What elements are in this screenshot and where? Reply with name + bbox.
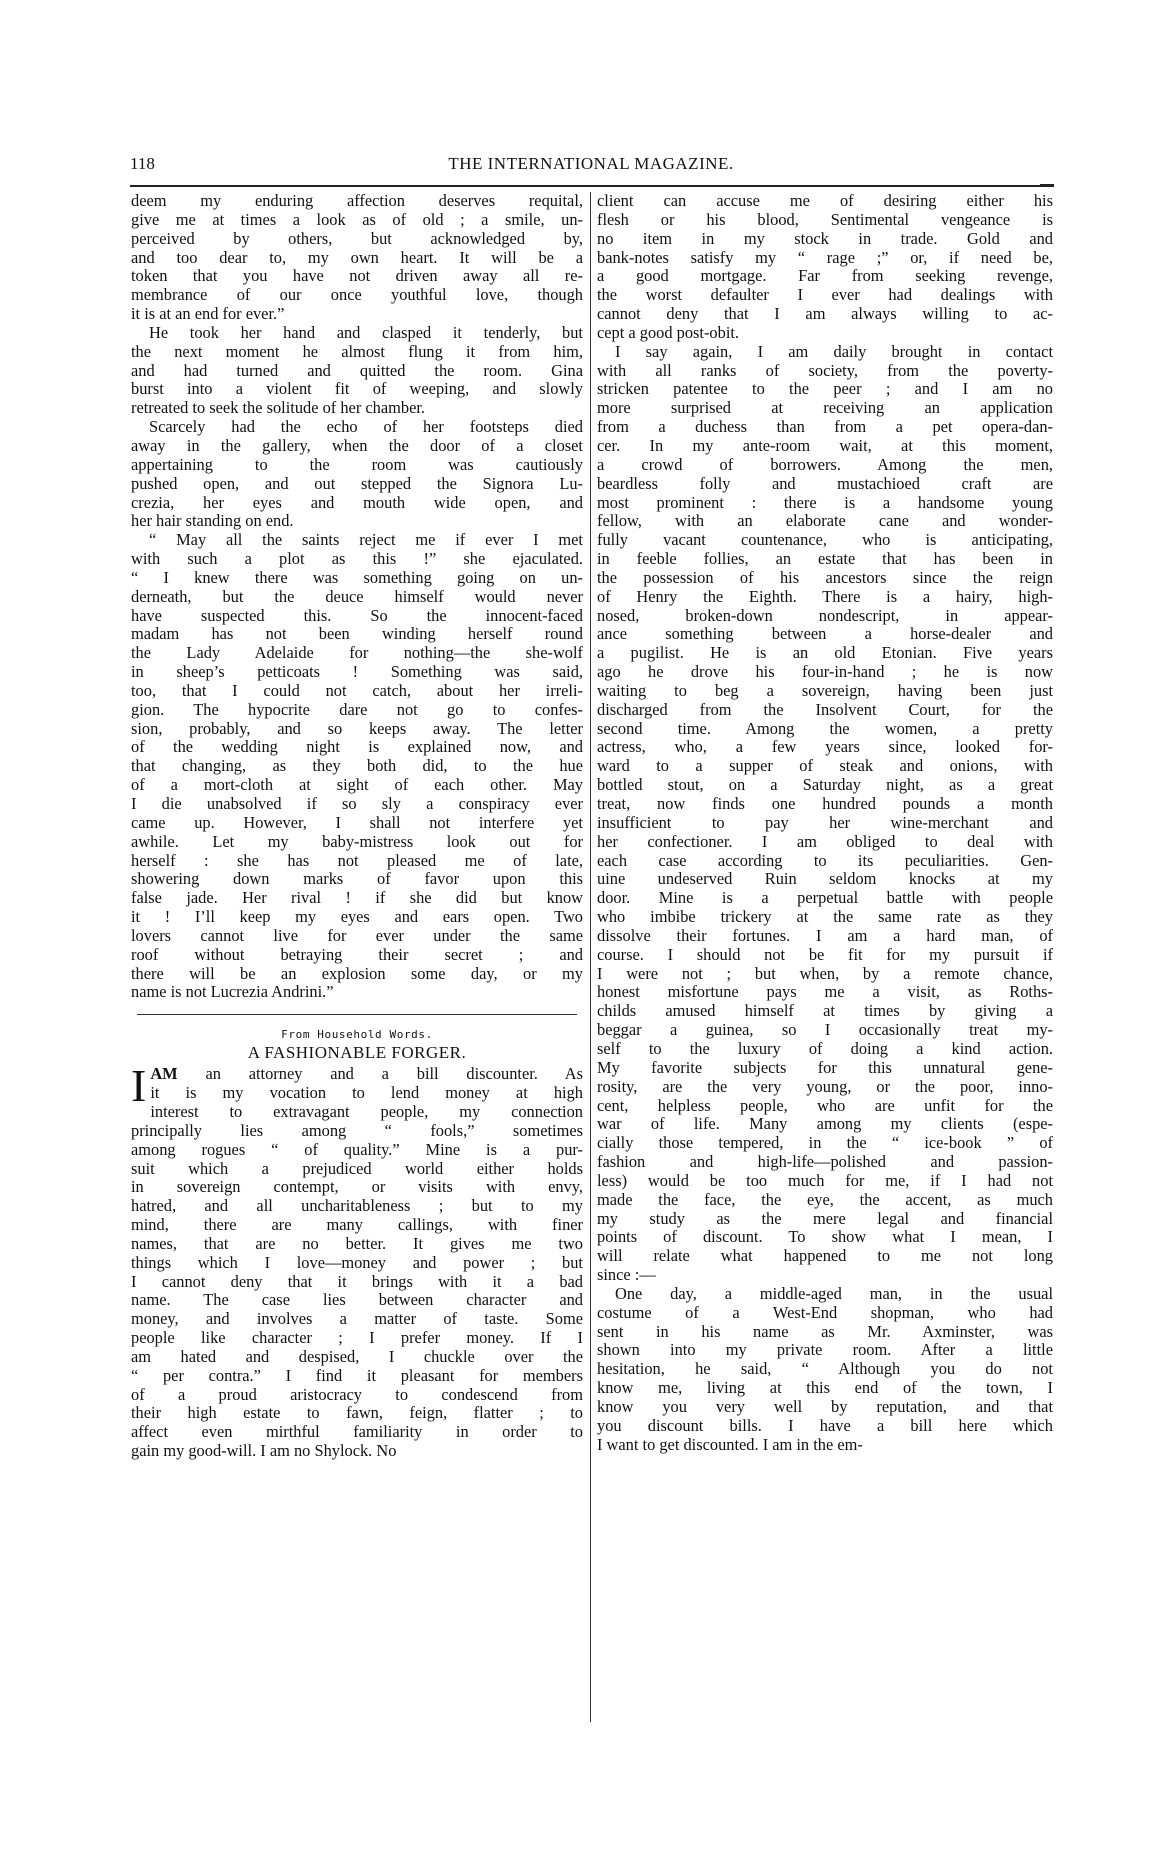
- text-line: derneath, but the deuce himself would ne…: [131, 588, 583, 607]
- text-line: war of life. Many among my clients (espe…: [597, 1115, 1053, 1134]
- text-line: mind, there are many callings, with fine…: [131, 1216, 583, 1235]
- text-line: beardless folly and mustachioed craft ar…: [597, 475, 1053, 494]
- text-line: stricken patentee to the peer ; and I am…: [597, 380, 1053, 399]
- text-line: I die unabsolved if so sly a conspiracy …: [131, 795, 583, 814]
- text-line: know me, living at this end of the town,…: [597, 1379, 1053, 1398]
- text-line: I say again, I am daily brought in conta…: [597, 343, 1053, 362]
- text-line: My favorite subjects for this unnatural …: [597, 1059, 1053, 1078]
- text-line: away in the gallery, when the door of a …: [131, 437, 583, 456]
- text-line: that changing, as they both did, to the …: [131, 757, 583, 776]
- header-rule-end: [1040, 184, 1054, 187]
- text-line: cept a good post-obit.: [597, 324, 1053, 343]
- text-line: the possession of his ancestors since th…: [597, 569, 1053, 588]
- text-line: their high estate to fawn, feign, flatte…: [131, 1404, 583, 1423]
- paragraph: One day, a middle-aged man, in the usual…: [597, 1285, 1053, 1455]
- text-line: you discount bills. I have a bill here w…: [597, 1417, 1053, 1436]
- text-line: points of discount. To show what I mean,…: [597, 1228, 1053, 1247]
- text-line: in sheep’s petticoats ! Something was sa…: [131, 663, 583, 682]
- text-line: affect even mirthful familiarity in orde…: [131, 1423, 583, 1442]
- text-line: gion. The hypocrite dare not go to confe…: [131, 701, 583, 720]
- text-line: waiting to beg a sovereign, having been …: [597, 682, 1053, 701]
- text-line: ward to a supper of steak and onions, wi…: [597, 757, 1053, 776]
- continued-story: deem my enduring affection deserves requ…: [131, 192, 583, 1002]
- text-line: nosed, broken-down nondescript, in appea…: [597, 607, 1053, 626]
- text-line: rosity, are the very young, or the poor,…: [597, 1078, 1053, 1097]
- text-line: with such a plot as this !” she ejaculat…: [131, 550, 583, 569]
- text-line: less) would be too much for me, if I had…: [597, 1172, 1053, 1191]
- text-line: burst into a violent fit of weeping, and…: [131, 380, 583, 399]
- text-line: insufficient to pay her wine-merchant an…: [597, 814, 1053, 833]
- text-line: my study as the mere legal and financial: [597, 1210, 1053, 1229]
- text-line: lovers cannot live for ever under the sa…: [131, 927, 583, 946]
- text-line: have suspected this. So the innocent-fac…: [131, 607, 583, 626]
- text-line: “ May all the saints reject me if ever I…: [131, 531, 583, 550]
- page-header: 118 THE INTERNATIONAL MAGAZINE.: [130, 154, 1052, 178]
- text-line: cer. In my ante-room wait, at this momen…: [597, 437, 1053, 456]
- text-line: shown into my private room. After a litt…: [597, 1341, 1053, 1360]
- text-line: One day, a middle-aged man, in the usual: [597, 1285, 1053, 1304]
- paragraph: client can accuse me of desiring either …: [597, 192, 1053, 343]
- text-line: deem my enduring affection deserves requ…: [131, 192, 583, 211]
- text-line: hatred, and all uncharitableness ; but t…: [131, 1197, 583, 1216]
- text-line: of Henry the Eighth. There is a hairy, h…: [597, 588, 1053, 607]
- text-line: roof without betraying their secret ; an…: [131, 946, 583, 965]
- text-line: madam has not been winding herself round: [131, 625, 583, 644]
- text-line: actress, who, a few years since, looked …: [597, 738, 1053, 757]
- text-line: treat, now finds one hundred pounds a mo…: [597, 795, 1053, 814]
- text-line: will relate what happened to me not long: [597, 1247, 1053, 1266]
- text-line: name is not Lucrezia Andrini.”: [131, 983, 583, 1002]
- text-line: it is at an end for ever.”: [131, 305, 583, 324]
- drop-cap: I: [131, 1067, 146, 1105]
- text-line: ago he drove his four-in-hand ; he is no…: [597, 663, 1053, 682]
- text-line: AM an attorney and a bill discounter. As: [131, 1065, 583, 1084]
- header-rule: [130, 185, 1054, 187]
- text-line: false jade. Her rival ! if she did but k…: [131, 889, 583, 908]
- text-line: there will be an explosion some day, or …: [131, 965, 583, 984]
- text-line: childs amused himself at times by giving…: [597, 1002, 1053, 1021]
- text-line: it ! I’ll keep my eyes and ears open. Tw…: [131, 908, 583, 927]
- text-line: I were not ; but when, by a remote chanc…: [597, 965, 1053, 984]
- right-column: client can accuse me of desiring either …: [597, 192, 1053, 1455]
- text-line: among rogues “ of quality.” Mine is a pu…: [131, 1141, 583, 1160]
- text-line: cannot deny that I am always willing to …: [597, 305, 1053, 324]
- text-line: the worst defaulter I ever had dealings …: [597, 286, 1053, 305]
- text-line: showering down marks of favor upon this: [131, 870, 583, 889]
- text-line: with all ranks of society, from the pove…: [597, 362, 1053, 381]
- text-line: each case according to its peculiarities…: [597, 852, 1053, 871]
- paragraph: Scarcely had the echo of her footsteps d…: [131, 418, 583, 531]
- text-line: principally lies among “ fools,” sometim…: [131, 1122, 583, 1141]
- text-line: herself : she has not pleased me of late…: [131, 852, 583, 871]
- text-line: name. The case lies between character an…: [131, 1291, 583, 1310]
- text-line: honest misfortune pays me a visit, as Ro…: [597, 983, 1053, 1002]
- text-line: retreated to seek the solitude of her ch…: [131, 399, 583, 418]
- text-line: Scarcely had the echo of her footsteps d…: [131, 418, 583, 437]
- paragraph: “ May all the saints reject me if ever I…: [131, 531, 583, 1002]
- text-line: fashion and high-life—polished and passi…: [597, 1153, 1053, 1172]
- text-line: money, and involves a matter of taste. S…: [131, 1310, 583, 1329]
- text-line: bank-notes satisfy my “ rage ;” or, if n…: [597, 249, 1053, 268]
- text-line: perceived by others, but acknowledged by…: [131, 230, 583, 249]
- text-line: “ per contra.” I find it pleasant for me…: [131, 1367, 583, 1386]
- text-line: gain my good-will. I am no Shylock. No: [131, 1442, 583, 1461]
- text-line: it is my vocation to lend money at high: [131, 1084, 583, 1103]
- text-line: since :—: [597, 1266, 1053, 1285]
- text-line: her hair standing on end.: [131, 512, 583, 531]
- text-line: people like character ; I prefer money. …: [131, 1329, 583, 1348]
- left-column: deem my enduring affection deserves requ…: [131, 192, 583, 1461]
- text-line: names, that are no better. It gives me t…: [131, 1235, 583, 1254]
- text-line: membrance of our once youthful love, tho…: [131, 286, 583, 305]
- text-line: door. Mine is a perpetual battle with pe…: [597, 889, 1053, 908]
- text-line: more surprised at receiving an applicati…: [597, 399, 1053, 418]
- text-line: second time. Among the women, a pretty: [597, 720, 1053, 739]
- article-title: A FASHIONABLE FORGER.: [131, 1043, 583, 1063]
- text-line: of a proud aristocracy to condescend fro…: [131, 1386, 583, 1405]
- text-line: in sovereign contempt, or visits with en…: [131, 1178, 583, 1197]
- text-line: ance something between a horse-dealer an…: [597, 625, 1053, 644]
- text-line: appertaining to the room was cautiously: [131, 456, 583, 475]
- article-source: From Household Words.: [131, 1027, 583, 1043]
- text-line: in feeble follies, an estate that has be…: [597, 550, 1053, 569]
- text-line: client can accuse me of desiring either …: [597, 192, 1053, 211]
- text-line: interest to extravagant people, my conne…: [131, 1103, 583, 1122]
- text-line: most prominent : there is a handsome you…: [597, 494, 1053, 513]
- text-line: fellow, with an elaborate cane and wonde…: [597, 512, 1053, 531]
- text-line: who imbibe trickery at the same rate as …: [597, 908, 1053, 927]
- text-line: am hated and despised, I chuckle over th…: [131, 1348, 583, 1367]
- text-line: a good mortgage. Far from seeking reveng…: [597, 267, 1053, 286]
- text-line: a pugilist. He is an old Etonian. Five y…: [597, 644, 1053, 663]
- text-line: came up. However, I shall not interfere …: [131, 814, 583, 833]
- text-line: and had turned and quitted the room. Gin…: [131, 362, 583, 381]
- text-line: pushed open, and out stepped the Signora…: [131, 475, 583, 494]
- text-line: crezia, her eyes and mouth wide open, an…: [131, 494, 583, 513]
- paragraph: He took her hand and clasped it tenderly…: [131, 324, 583, 418]
- text-line: token that you have not driven away all …: [131, 267, 583, 286]
- text-line: her confectioner. I am obliged to deal w…: [597, 833, 1053, 852]
- text-line: things which I love—money and power ; bu…: [131, 1254, 583, 1273]
- text-line: uine undeserved Ruin seldom knocks at my: [597, 870, 1053, 889]
- text-line: awhile. Let my baby-mistress look out fo…: [131, 833, 583, 852]
- text-line: “ I knew there was something going on un…: [131, 569, 583, 588]
- text-line: and too dear to, my own heart. It will b…: [131, 249, 583, 268]
- text-line: self to the luxury of doing a kind actio…: [597, 1040, 1053, 1059]
- text-line: cent, helpless people, who are unfit for…: [597, 1097, 1053, 1116]
- running-title: THE INTERNATIONAL MAGAZINE.: [130, 154, 1052, 174]
- text-line: I want to get discounted. I am in the em…: [597, 1436, 1053, 1455]
- section-divider-rule: [137, 1014, 577, 1015]
- text-line: He took her hand and clasped it tenderly…: [131, 324, 583, 343]
- text-line: bottled stout, on a Saturday night, as a…: [597, 776, 1053, 795]
- text-line: fully vacant countenance, who is anticip…: [597, 531, 1053, 550]
- text-line: sent in his name as Mr. Axminster, was: [597, 1323, 1053, 1342]
- text-line: the next moment he almost flung it from …: [131, 343, 583, 362]
- text-line: a crowd of borrowers. Among the men,: [597, 456, 1053, 475]
- text-line: too, that I could not catch, about her i…: [131, 682, 583, 701]
- text-line: flesh or his blood, Sentimental vengeanc…: [597, 211, 1053, 230]
- text-line: of a mort-cloth at sight of each other. …: [131, 776, 583, 795]
- text-line: no item in my stock in trade. Gold and: [597, 230, 1053, 249]
- article-body: I AM an attorney and a bill discounter. …: [131, 1065, 583, 1461]
- text-line: from a duchess than from a pet opera-dan…: [597, 418, 1053, 437]
- text-line: I cannot deny that it brings with it a b…: [131, 1273, 583, 1292]
- text-line: discharged from the Insolvent Court, for…: [597, 701, 1053, 720]
- column-divider: [590, 192, 591, 1722]
- text-line: course. I should not be fit for my pursu…: [597, 946, 1053, 965]
- text-line: know you very well by reputation, and th…: [597, 1398, 1053, 1417]
- text-line: made the face, the eye, the accent, as m…: [597, 1191, 1053, 1210]
- text-line: cially those tempered, in the “ ice-book…: [597, 1134, 1053, 1153]
- text-line: dissolve their fortunes. I am a hard man…: [597, 927, 1053, 946]
- text-line: sion, probably, and so keeps away. The l…: [131, 720, 583, 739]
- text-line: beggar a guinea, so I occasionally treat…: [597, 1021, 1053, 1040]
- text-line: of the wedding night is explained now, a…: [131, 738, 583, 757]
- paragraph: I say again, I am daily brought in conta…: [597, 343, 1053, 1285]
- text-line: give me at times a look as of old ; a sm…: [131, 211, 583, 230]
- text-line: suit which a prejudiced world either hol…: [131, 1160, 583, 1179]
- text-line: the Lady Adelaide for nothing—the she-wo…: [131, 644, 583, 663]
- paragraph: deem my enduring affection deserves requ…: [131, 192, 583, 324]
- text-line: hesitation, he said, “ Although you do n…: [597, 1360, 1053, 1379]
- first-word: AM: [150, 1064, 177, 1083]
- text-line: costume of a West-End shopman, who had: [597, 1304, 1053, 1323]
